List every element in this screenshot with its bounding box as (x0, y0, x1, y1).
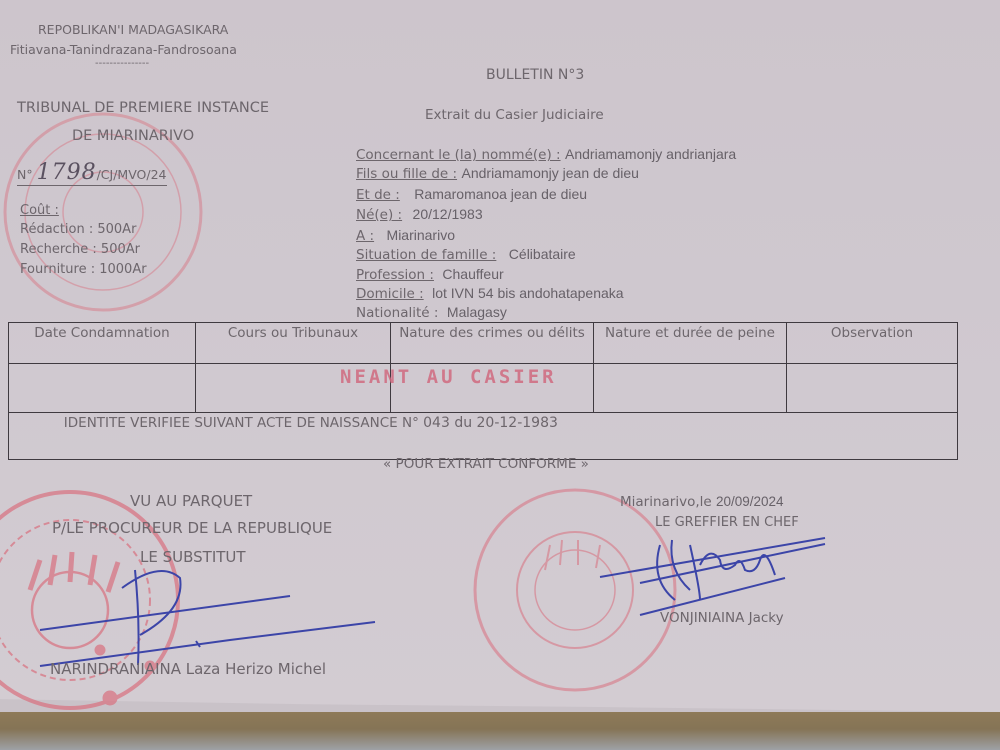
field-marital-status: Situation de famille : Célibataire (356, 246, 576, 264)
field-birth-date: Né(e) : 20/12/1983 (356, 206, 483, 224)
costs-title: Coût : (20, 203, 59, 218)
tabletop-background (0, 712, 1000, 750)
identity-cell: IDENTITE VERIFIEE SUIVANT ACTE DE NAISSA… (9, 413, 958, 460)
prosecutor-seen: VU AU PARQUET (130, 492, 252, 510)
field-value: Miarinarivo (387, 227, 455, 243)
field-name: Concernant le (la) nommé(e) : Andriamamo… (356, 146, 736, 164)
issue-date: 20/09/2024 (716, 494, 784, 509)
field-nationality: Nationalité : Malagasy (356, 304, 507, 322)
header-separator: --------------- (95, 58, 149, 69)
cost-label: Recherche (20, 242, 88, 257)
prosecutor-title: P/LE PROCUREUR DE LA REPUBLIQUE (52, 519, 332, 537)
field-label: Domicile : (356, 286, 424, 302)
table-header-row: Date Condamnation Cours ou Tribunaux Nat… (9, 323, 958, 364)
field-profession: Profession : Chauffeur (356, 266, 504, 284)
field-value: Andriamamonjy andrianjara (565, 146, 736, 162)
column-header: Nature et durée de peine (594, 323, 787, 364)
field-label: Profession : (356, 267, 434, 283)
republic-title: REPOBLIKAN'I MADAGASIKARA (38, 22, 228, 37)
field-label: Né(e) : (356, 207, 402, 223)
field-label: Et de : (356, 187, 400, 203)
field-value: Ramaromanoa jean de dieu (414, 186, 587, 202)
identity-label: IDENTITE VERIFIEE SUIVANT ACTE DE NAISSA… (64, 415, 419, 431)
field-parent-mother: Et de : Ramaromanoa jean de dieu (356, 186, 587, 204)
reference-number: N° 1798/CJ/MVO/24 (17, 160, 167, 186)
court-name: TRIBUNAL DE PREMIERE INSTANCE (17, 100, 269, 116)
table-cell (787, 364, 958, 413)
field-domicile: Domicile : lot IVN 54 bis andohatapenaka (356, 285, 624, 303)
court-location: DE MIARINARIVO (72, 128, 194, 144)
field-label: Fils ou fille de : (356, 166, 457, 182)
cost-label: Rédaction (20, 222, 85, 237)
clerk-name: VONJINIAINA Jacky (660, 610, 784, 626)
field-value: 20/12/1983 (413, 206, 483, 222)
field-label: A : (356, 228, 374, 244)
identity-value: 043 du 20-12-1983 (423, 415, 558, 431)
field-value: lot IVN 54 bis andohatapenaka (432, 285, 623, 301)
cost-item: Recherche : 500Ar (20, 242, 140, 257)
cost-label: Fourniture (20, 262, 87, 277)
field-value: Chauffeur (442, 266, 503, 282)
national-motto: Fitiavana-Tanindrazana-Fandrosoana (10, 42, 237, 57)
column-header: Date Condamnation (9, 323, 196, 364)
cost-amount: : 500Ar (92, 242, 140, 257)
ref-prefix: N° (17, 167, 33, 182)
field-label: Concernant le (la) nommé(e) : (356, 147, 561, 163)
field-value: Andriamamonjy jean de dieu (462, 165, 639, 181)
field-value: Célibataire (509, 246, 576, 262)
document-title: BULLETIN N°3 (486, 67, 584, 83)
field-label: Situation de famille : (356, 247, 496, 263)
cost-item: Rédaction : 500Ar (20, 222, 136, 237)
identity-row: IDENTITE VERIFIEE SUIVANT ACTE DE NAISSA… (9, 413, 958, 460)
column-header: Nature des crimes ou délits (391, 323, 594, 364)
field-parent-father: Fils ou fille de : Andriamamonjy jean de… (356, 165, 639, 183)
table-cell (9, 364, 196, 413)
ref-suffix: /CJ/MVO/24 (97, 167, 167, 182)
table-cell (594, 364, 787, 413)
clerk-title: LE GREFFIER EN CHEF (655, 515, 799, 530)
place-label: Miarinarivo,le (620, 494, 712, 510)
cost-amount: : 500Ar (89, 222, 137, 237)
field-birth-place: A : Miarinarivo (356, 227, 455, 245)
column-header: Cours ou Tribunaux (196, 323, 391, 364)
field-value: Malagasy (447, 304, 507, 320)
place-and-date: Miarinarivo,le 20/09/2024 (620, 494, 784, 510)
document-subtitle: Extrait du Casier Judiciaire (425, 107, 604, 123)
field-label: Nationalité : (356, 305, 438, 321)
cost-amount: : 1000Ar (91, 262, 147, 277)
cost-item: Fourniture : 1000Ar (20, 262, 147, 277)
ref-handwritten-number: 1798 (37, 160, 97, 185)
criminal-record-table: Date Condamnation Cours ou Tribunaux Nat… (8, 322, 958, 460)
no-record-stamp: NEANT AU CASIER (340, 366, 557, 388)
prosecutor-substitute: LE SUBSTITUT (140, 548, 246, 566)
column-header: Observation (787, 323, 958, 364)
conformity-statement: « POUR EXTRAIT CONFORME » (383, 456, 589, 472)
prosecutor-name: NARINDRANIAINA Laza Herizo Michel (50, 660, 326, 678)
